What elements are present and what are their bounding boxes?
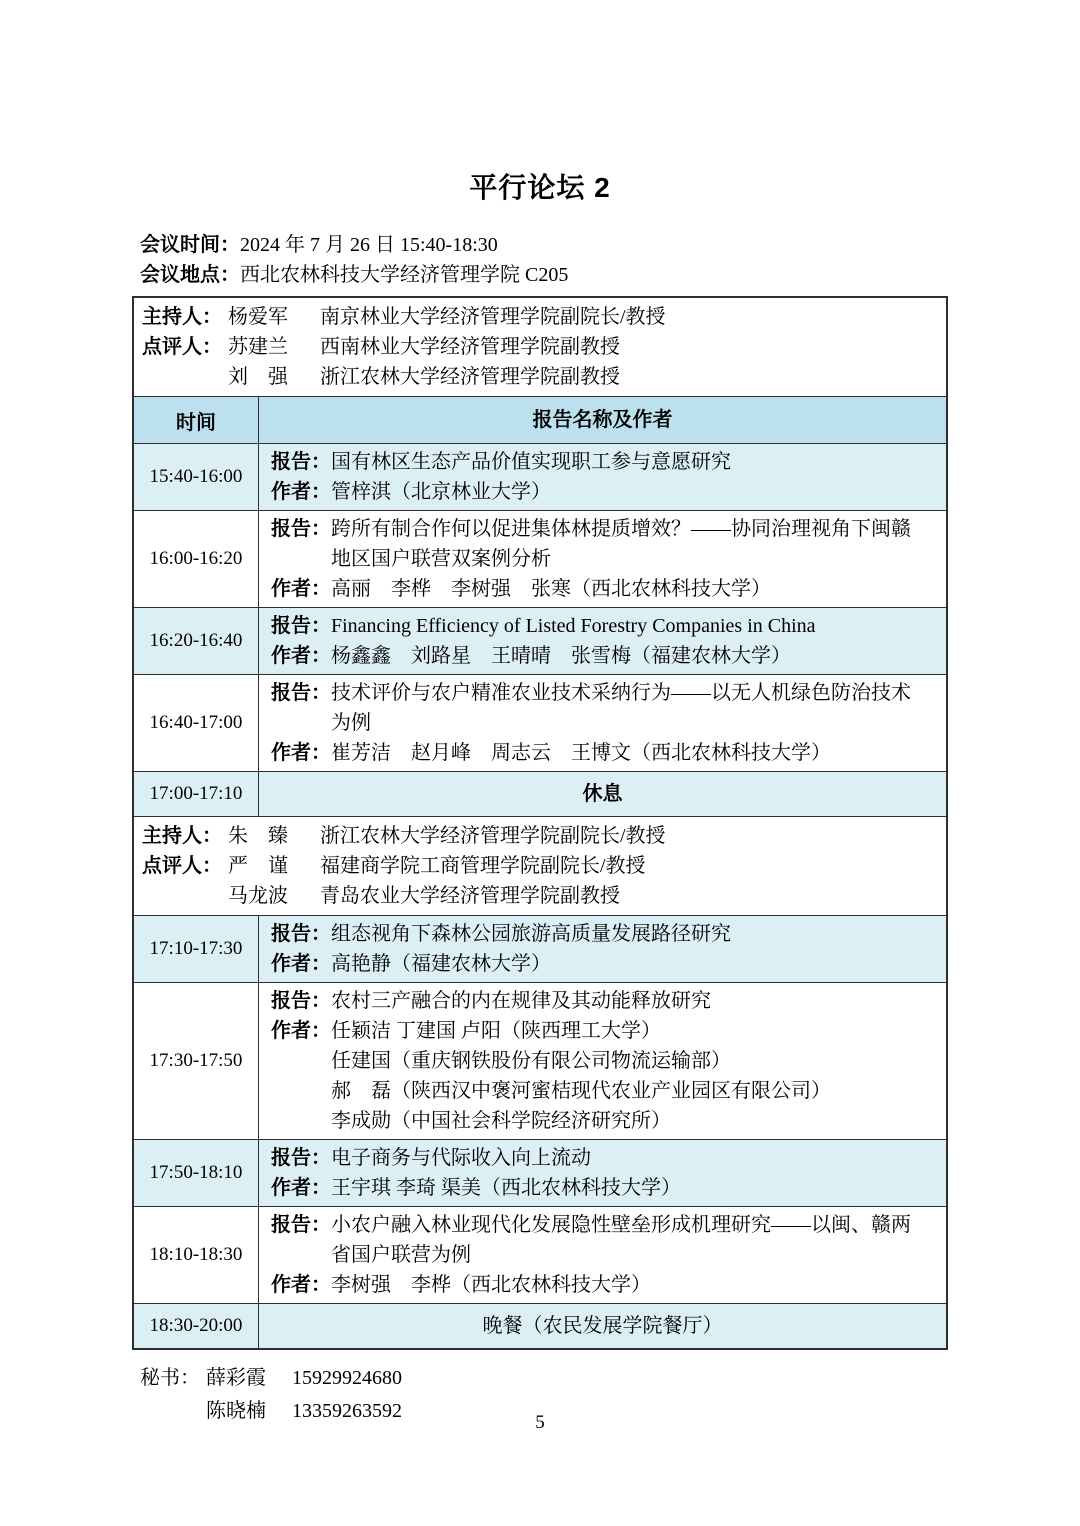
authors-line: 作者： 高丽 李桦 李树强 张寒（西北农林科技大学） [271, 574, 924, 604]
authors-text: 李树强 李桦（西北农林科技大学） [331, 1270, 924, 1300]
report-line: 报告： 国有林区生态产品价值实现职工参与意愿研究 [271, 447, 924, 477]
host-name: 刘 强 [228, 362, 320, 392]
content-cell: 报告： Financing Efficiency of Listed Fores… [259, 608, 946, 674]
secretary-phone: 15929924680 [292, 1362, 1080, 1395]
host-desc: 西南林业大学经济管理学院副教授 [320, 332, 936, 362]
authors-line: 作者： 杨鑫鑫 刘路星 王晴晴 张雪梅（福建农林大学） [271, 641, 924, 671]
report-title: 组态视角下森林公园旅游高质量发展路径研究 [331, 919, 924, 949]
column-header-time: 时间 [134, 397, 259, 443]
report-title: 农村三产融合的内在规律及其动能释放研究 [331, 986, 924, 1016]
report-title: 跨所有制合作何以促进集体林提质增效？——协同治理视角下闽赣地区国户联营双案例分析 [331, 514, 924, 574]
authors-text: 杨鑫鑫 刘路星 王晴晴 张雪梅（福建农林大学） [331, 641, 924, 671]
meeting-time-label: 会议时间： [140, 234, 240, 256]
host-name: 朱 臻 [228, 821, 320, 851]
authors-text: 管梓淇（北京林业大学） [331, 477, 924, 507]
host-label [142, 881, 228, 911]
table-row: 16:00-16:20 报告： 跨所有制合作何以促进集体林提质增效？——协同治理… [134, 510, 946, 607]
authors-list: 任颖洁 丁建国 卢阳（陕西理工大学） 任建国（重庆钢铁股份有限公司物流运输部） … [331, 1016, 924, 1136]
host-line: 主持人： 朱 臻 浙江农林大学经济管理学院副院长/教授 [142, 821, 936, 851]
break-text: 休息 [259, 772, 946, 816]
report-line: 报告： 小农户融入林业现代化发展隐性壁垒形成机理研究——以闽、赣两省国户联营为例 [271, 1210, 924, 1270]
meeting-venue-value: 西北农林科技大学经济管理学院 C205 [240, 264, 568, 286]
authors-label: 作者： [271, 1016, 331, 1046]
report-title: Financing Efficiency of Listed Forestry … [331, 611, 924, 641]
content-cell: 报告： 跨所有制合作何以促进集体林提质增效？——协同治理视角下闽赣地区国户联营双… [259, 511, 946, 607]
table-row: 17:50-18:10 报告： 电子商务与代际收入向上流动 作者： 王宇琪 李琦… [134, 1139, 946, 1206]
report-line: 报告： 技术评价与农户精准农业技术采纳行为——以无人机绿色防治技术为例 [271, 678, 924, 738]
host-line: 刘 强 浙江农林大学经济管理学院副教授 [142, 362, 936, 392]
authors-label: 作者： [271, 641, 331, 671]
document-page: 平行论坛 2 会议时间：2024 年 7 月 26 日 15:40-18:30 … [0, 0, 1080, 1526]
host-block-2: 主持人： 朱 臻 浙江农林大学经济管理学院副院长/教授 点评人： 严 谨 福建商… [134, 816, 946, 915]
content-cell: 报告： 技术评价与农户精准农业技术采纳行为——以无人机绿色防治技术为例 作者： … [259, 675, 946, 771]
time-cell: 17:10-17:30 [134, 916, 259, 982]
meeting-time-value: 2024 年 7 月 26 日 15:40-18:30 [240, 234, 498, 256]
authors-label: 作者： [271, 477, 331, 507]
column-header-content: 报告名称及作者 [259, 397, 946, 443]
time-cell: 18:30-20:00 [134, 1304, 259, 1348]
content-cell: 报告： 农村三产融合的内在规律及其动能释放研究 作者： 任颖洁 丁建国 卢阳（陕… [259, 983, 946, 1139]
host-name: 马龙波 [228, 881, 320, 911]
time-cell: 16:20-16:40 [134, 608, 259, 674]
table-row: 17:10-17:30 报告： 组态视角下森林公园旅游高质量发展路径研究 作者：… [134, 915, 946, 982]
table-row: 16:40-17:00 报告： 技术评价与农户精准农业技术采纳行为——以无人机绿… [134, 674, 946, 771]
table-row: 18:10-18:30 报告： 小农户融入林业现代化发展隐性壁垒形成机理研究——… [134, 1206, 946, 1303]
authors-label: 作者： [271, 949, 331, 979]
authors-line: 作者： 崔芳洁 赵月峰 周志云 王博文（西北农林科技大学） [271, 738, 924, 768]
time-cell: 18:10-18:30 [134, 1207, 259, 1303]
secretary-name: 薛彩霞 [206, 1362, 292, 1395]
host-line: 马龙波 青岛农业大学经济管理学院副教授 [142, 881, 936, 911]
authors-label: 作者： [271, 738, 331, 768]
page-title: 平行论坛 2 [0, 0, 1080, 206]
host-label: 点评人： [142, 332, 228, 362]
secretary-line: 秘书： 薛彩霞 15929924680 [140, 1362, 1080, 1395]
report-line: 报告： Financing Efficiency of Listed Fores… [271, 611, 924, 641]
report-line: 报告： 农村三产融合的内在规律及其动能释放研究 [271, 986, 924, 1016]
report-line: 报告： 组态视角下森林公园旅游高质量发展路径研究 [271, 919, 924, 949]
table-row: 15:40-16:00 报告： 国有林区生态产品价值实现职工参与意愿研究 作者：… [134, 443, 946, 510]
host-desc: 青岛农业大学经济管理学院副教授 [320, 881, 936, 911]
authors-label: 作者： [271, 574, 331, 604]
meeting-meta: 会议时间：2024 年 7 月 26 日 15:40-18:30 会议地点：西北… [140, 230, 1080, 290]
report-label: 报告： [271, 986, 331, 1016]
host-name: 杨爱军 [228, 302, 320, 332]
report-label: 报告： [271, 514, 331, 544]
host-desc: 浙江农林大学经济管理学院副院长/教授 [320, 821, 936, 851]
report-label: 报告： [271, 1210, 331, 1240]
content-cell: 报告： 小农户融入林业现代化发展隐性壁垒形成机理研究——以闽、赣两省国户联营为例… [259, 1207, 946, 1303]
authors-text: 高艳静（福建农林大学） [331, 949, 924, 979]
time-cell: 17:30-17:50 [134, 983, 259, 1139]
host-label: 主持人： [142, 302, 228, 332]
time-cell: 17:00-17:10 [134, 772, 259, 816]
meeting-time-line: 会议时间：2024 年 7 月 26 日 15:40-18:30 [140, 230, 1080, 260]
report-label: 报告： [271, 611, 331, 641]
agenda-table: 主持人： 杨爱军 南京林业大学经济管理学院副院长/教授 点评人： 苏建兰 西南林… [132, 296, 948, 1350]
authors-line: 作者： 任颖洁 丁建国 卢阳（陕西理工大学） 任建国（重庆钢铁股份有限公司物流运… [271, 1016, 924, 1136]
authors-line: 作者： 管梓淇（北京林业大学） [271, 477, 924, 507]
host-name: 严 谨 [228, 851, 320, 881]
authors-label: 作者： [271, 1270, 331, 1300]
host-desc: 浙江农林大学经济管理学院副教授 [320, 362, 936, 392]
authors-line: 作者： 王宇琪 李琦 渠美（西北农林科技大学） [271, 1173, 924, 1203]
break-text: 晚餐（农民发展学院餐厅） [259, 1304, 946, 1348]
report-title: 技术评价与农户精准农业技术采纳行为——以无人机绿色防治技术为例 [331, 678, 924, 738]
time-cell: 16:40-17:00 [134, 675, 259, 771]
authors-text: 任颖洁 丁建国 卢阳（陕西理工大学） [331, 1016, 924, 1046]
content-cell: 报告： 国有林区生态产品价值实现职工参与意愿研究 作者： 管梓淇（北京林业大学） [259, 444, 946, 510]
break-row: 18:30-20:00 晚餐（农民发展学院餐厅） [134, 1303, 946, 1348]
table-row: 17:30-17:50 报告： 农村三产融合的内在规律及其动能释放研究 作者： … [134, 982, 946, 1139]
authors-line: 作者： 高艳静（福建农林大学） [271, 949, 924, 979]
host-desc: 南京林业大学经济管理学院副院长/教授 [320, 302, 936, 332]
host-line: 主持人： 杨爱军 南京林业大学经济管理学院副院长/教授 [142, 302, 936, 332]
host-label [142, 362, 228, 392]
report-title: 电子商务与代际收入向上流动 [331, 1143, 924, 1173]
meeting-venue-line: 会议地点：西北农林科技大学经济管理学院 C205 [140, 260, 1080, 290]
authors-text: 崔芳洁 赵月峰 周志云 王博文（西北农林科技大学） [331, 738, 924, 768]
time-cell: 17:50-18:10 [134, 1140, 259, 1206]
authors-line: 作者： 李树强 李桦（西北农林科技大学） [271, 1270, 924, 1300]
time-cell: 15:40-16:00 [134, 444, 259, 510]
meeting-venue-label: 会议地点： [140, 264, 240, 286]
host-desc: 福建商学院工商管理学院副院长/教授 [320, 851, 936, 881]
host-line: 点评人： 严 谨 福建商学院工商管理学院副院长/教授 [142, 851, 936, 881]
content-cell: 报告： 组态视角下森林公园旅游高质量发展路径研究 作者： 高艳静（福建农林大学） [259, 916, 946, 982]
authors-text: 郝 磊（陕西汉中褒河蜜桔现代农业产业园区有限公司） [331, 1076, 924, 1106]
host-label: 点评人： [142, 851, 228, 881]
host-block-1: 主持人： 杨爱军 南京林业大学经济管理学院副院长/教授 点评人： 苏建兰 西南林… [134, 298, 946, 396]
host-label: 主持人： [142, 821, 228, 851]
report-title: 国有林区生态产品价值实现职工参与意愿研究 [331, 447, 924, 477]
authors-text: 李成勋（中国社会科学院经济研究所） [331, 1106, 924, 1136]
time-cell: 16:00-16:20 [134, 511, 259, 607]
report-label: 报告： [271, 1143, 331, 1173]
authors-text: 任建国（重庆钢铁股份有限公司物流运输部） [331, 1046, 924, 1076]
content-cell: 报告： 电子商务与代际收入向上流动 作者： 王宇琪 李琦 渠美（西北农林科技大学… [259, 1140, 946, 1206]
report-title: 小农户融入林业现代化发展隐性壁垒形成机理研究——以闽、赣两省国户联营为例 [331, 1210, 924, 1270]
authors-text: 王宇琪 李琦 渠美（西北农林科技大学） [331, 1173, 924, 1203]
report-line: 报告： 跨所有制合作何以促进集体林提质增效？——协同治理视角下闽赣地区国户联营双… [271, 514, 924, 574]
secretary-label: 秘书： [140, 1362, 206, 1395]
report-label: 报告： [271, 678, 331, 708]
report-line: 报告： 电子商务与代际收入向上流动 [271, 1143, 924, 1173]
break-row: 17:00-17:10 休息 [134, 771, 946, 816]
report-label: 报告： [271, 919, 331, 949]
page-number: 5 [0, 1412, 1080, 1434]
host-line: 点评人： 苏建兰 西南林业大学经济管理学院副教授 [142, 332, 936, 362]
table-header-row: 时间 报告名称及作者 [134, 396, 946, 443]
table-row: 16:20-16:40 报告： Financing Efficiency of … [134, 607, 946, 674]
report-label: 报告： [271, 447, 331, 477]
authors-text: 高丽 李桦 李树强 张寒（西北农林科技大学） [331, 574, 924, 604]
authors-label: 作者： [271, 1173, 331, 1203]
host-name: 苏建兰 [228, 332, 320, 362]
